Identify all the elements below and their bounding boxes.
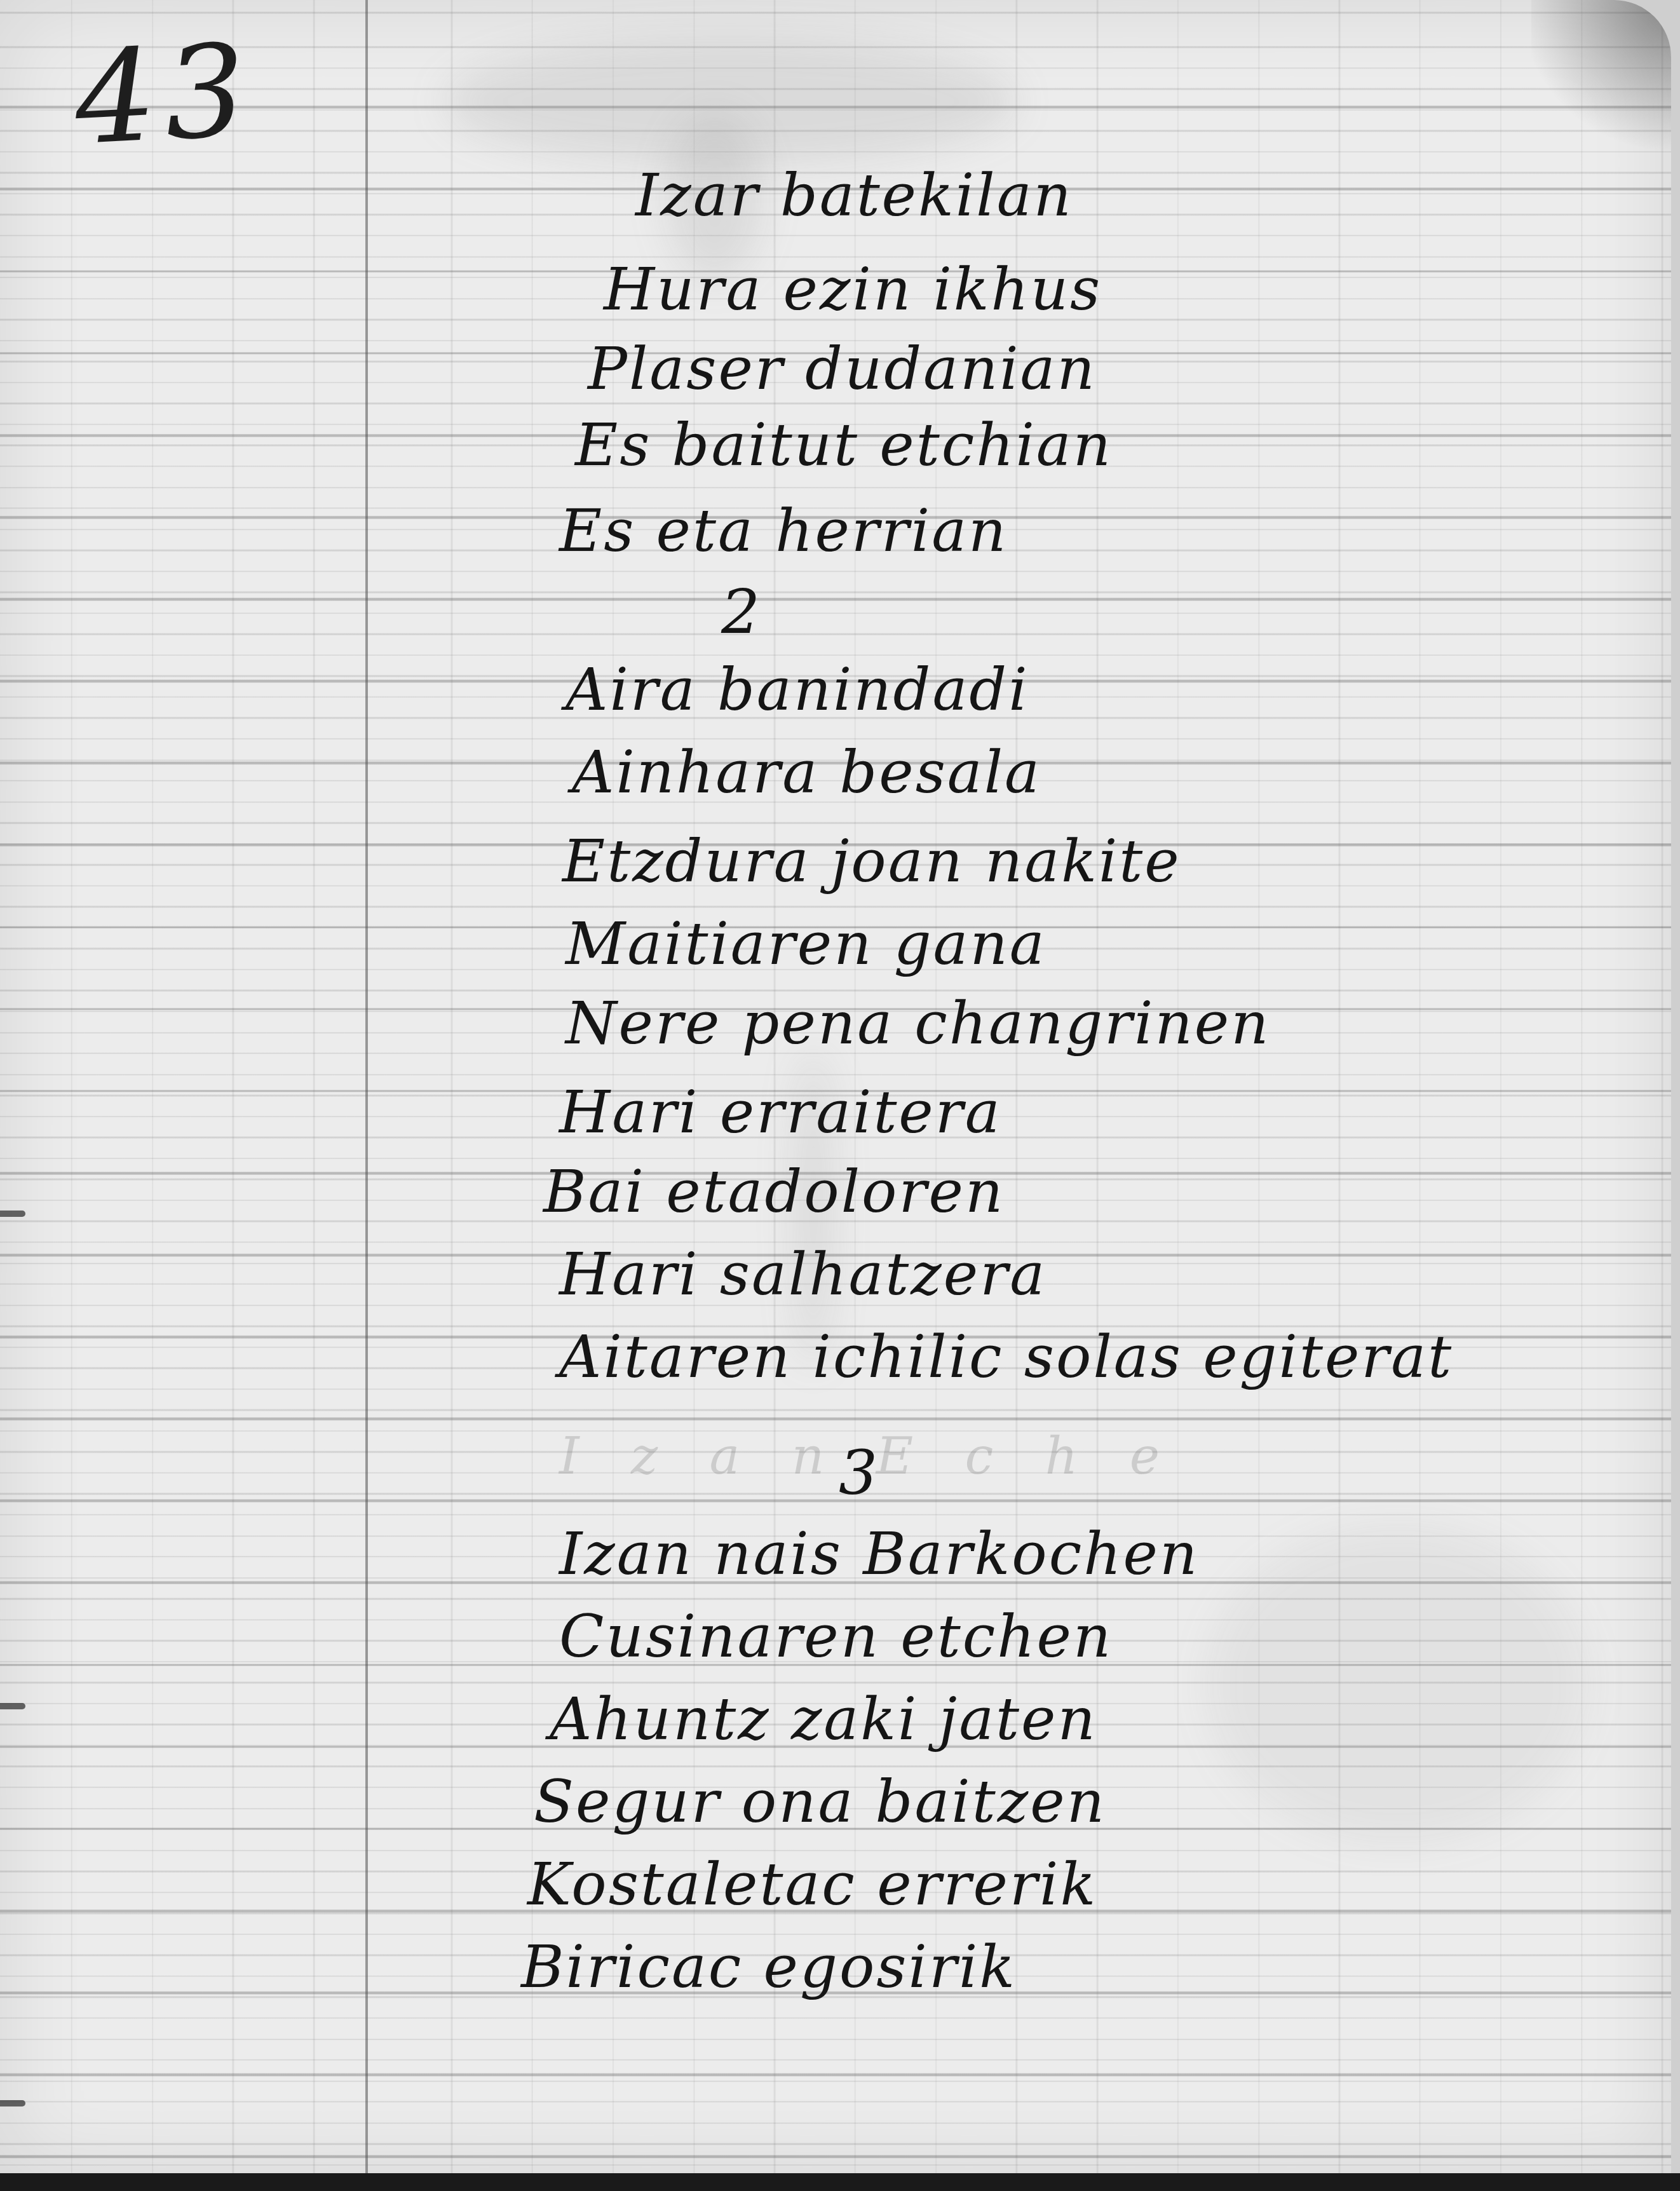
poem-line: Biricac egosirik xyxy=(521,1938,1017,1997)
poem-line: Bai etadoloren xyxy=(543,1163,1005,1221)
poem-line: Ainhara besala xyxy=(572,743,1041,802)
poem-line: Izar batekilan xyxy=(635,166,1073,225)
poem-line: Kostaletac errerik xyxy=(527,1855,1097,1914)
poem-line: Plaser dudanian xyxy=(588,340,1097,398)
notebook-page: 43 I z a n E c h e Izar batekilan Hura e… xyxy=(0,0,1671,2173)
poem-line: Es eta herrian xyxy=(559,502,1008,560)
poem-line: Segur ona baitzen xyxy=(534,1773,1106,1831)
poem-line: Izan nais Barkochen xyxy=(559,1525,1199,1584)
edge-damage xyxy=(0,1703,25,1709)
poem-line: Aira banindadi xyxy=(566,661,1029,719)
poem-line: Hari salhatzera xyxy=(559,1245,1047,1304)
poem: Izar batekilan Hura ezin ikhus Plaser du… xyxy=(0,0,1671,2173)
edge-damage xyxy=(0,2100,25,2106)
edge-damage xyxy=(0,1211,25,1217)
stanza-number: 2 xyxy=(721,581,760,642)
poem-line: Nere pena changrinen xyxy=(566,994,1270,1053)
poem-line: Hari erraitera xyxy=(559,1083,1002,1142)
poem-line: Es baitut etchian xyxy=(575,416,1113,475)
poem-line: Cusinaren etchen xyxy=(559,1608,1113,1666)
stanza-number: 3 xyxy=(839,1442,877,1503)
poem-line: Hura ezin ikhus xyxy=(604,261,1102,319)
poem-line: Ahuntz zaki jaten xyxy=(550,1690,1097,1749)
page-bottom-edge xyxy=(0,2173,1680,2191)
poem-line: Etzdura joan nakite xyxy=(562,832,1181,891)
poem-line: Maitiaren gana xyxy=(566,915,1046,973)
poem-line: Aitaren ichilic solas egiterat xyxy=(559,1328,1453,1387)
